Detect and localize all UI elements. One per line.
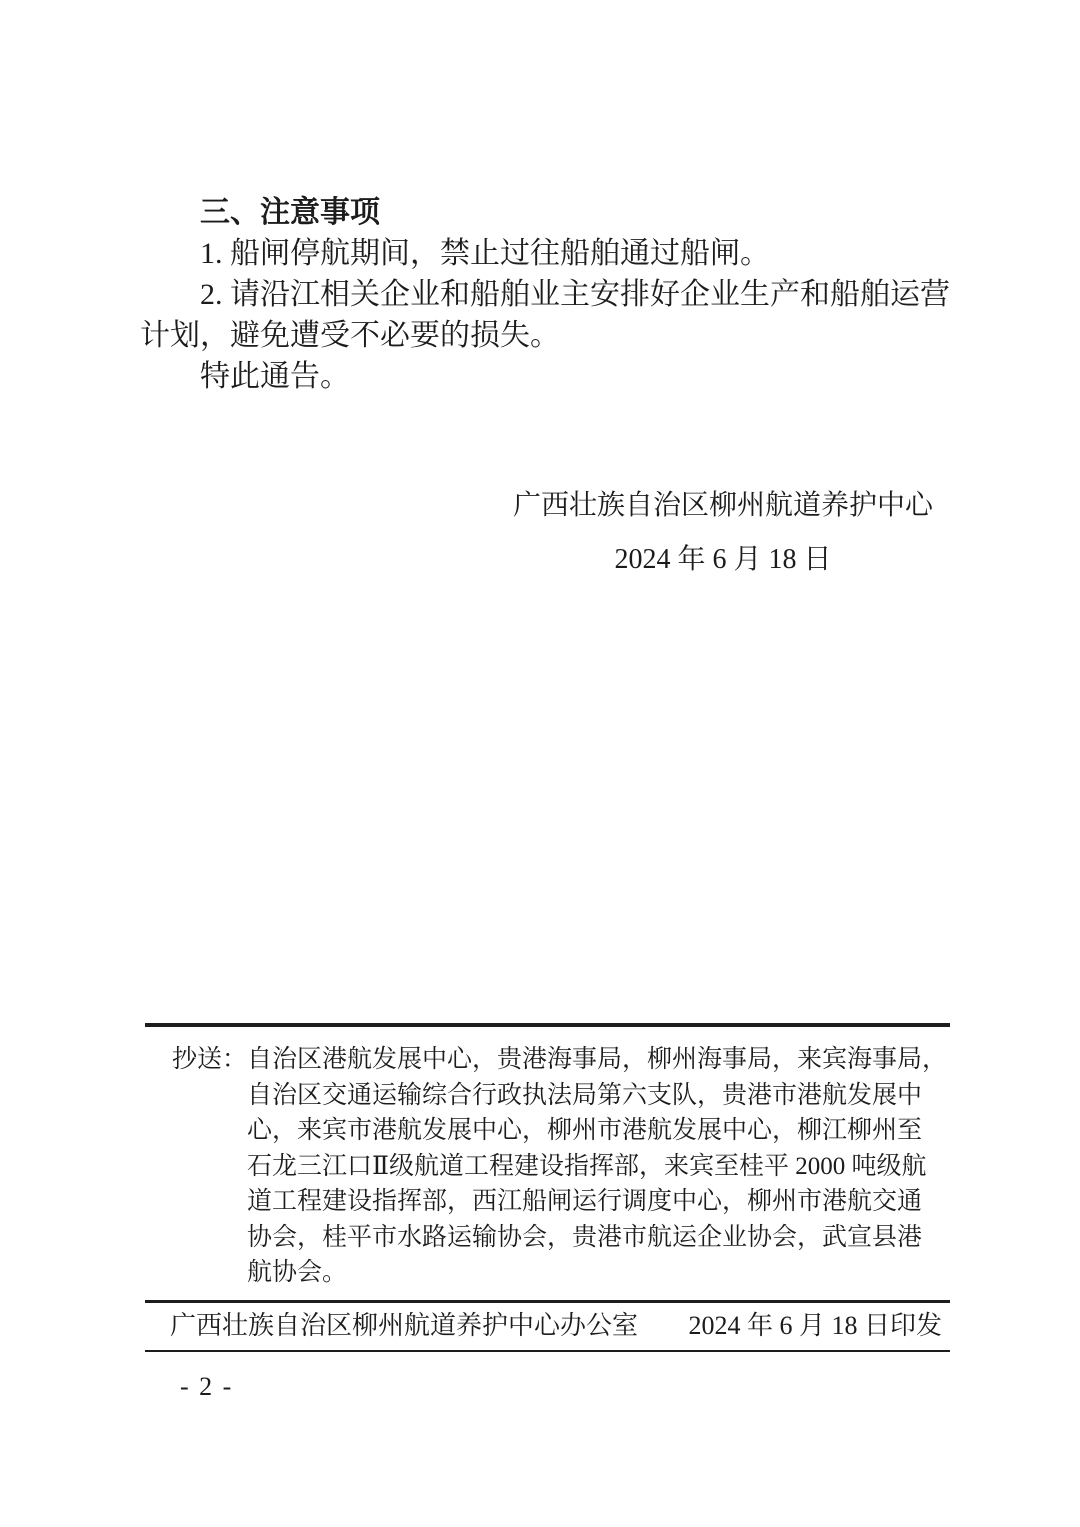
imprint-row: 广西壮族自治区柳州航道养护中心办公室 2024 年 6 月 18 日印发 — [145, 1309, 950, 1342]
body-line: 2. 请沿江相关企业和船舶业主安排好企业生产和船舶运营 — [140, 274, 956, 315]
cc-line: 道工程建设指挥部，西江船闸运行调度中心，柳州市港航交通 — [247, 1184, 957, 1220]
cc-line: 自治区港航发展中心，贵港海事局，柳州海事局，来宾海事局， — [247, 1042, 957, 1078]
document-page: 三、注意事项 1. 船闸停航期间，禁止过往船舶通过船闸。 2. 请沿江相关企业和… — [0, 0, 1080, 1527]
imprint-office: 广西壮族自治区柳州航道养护中心办公室 — [170, 1309, 638, 1342]
imprint-print-date: 2024 年 6 月 18 日印发 — [688, 1309, 942, 1342]
imprint-top-divider — [145, 1300, 950, 1303]
cc-line: 协会，桂平市水路运输协会，贵港市航运企业协会，武宣县港 — [247, 1220, 957, 1256]
cc-top-divider — [145, 1023, 950, 1027]
imprint-bottom-divider — [145, 1350, 950, 1352]
issue-date: 2024 年 6 月 18 日 — [513, 542, 933, 577]
cc-recipient-list: 自治区港航发展中心，贵港海事局，柳州海事局，来宾海事局， 自治区交通运输综合行政… — [247, 1042, 957, 1291]
cc-line: 石龙三江口Ⅱ级航道工程建设指挥部，来宾至桂平 2000 吨级航 — [247, 1149, 957, 1185]
body-line: 1. 船闸停航期间，禁止过往船舶通过船闸。 — [140, 233, 956, 274]
page-number: - 2 - — [180, 1372, 233, 1402]
body-line: 计划，避免遭受不必要的损失。 — [140, 315, 956, 356]
section-heading: 三、注意事项 — [140, 192, 956, 233]
cc-line: 自治区交通运输综合行政执法局第六支队，贵港市港航发展中 — [247, 1078, 957, 1114]
issuing-org-name: 广西壮族自治区柳州航道养护中心 — [513, 488, 933, 523]
notice-body: 三、注意事项 1. 船闸停航期间，禁止过往船舶通过船闸。 2. 请沿江相关企业和… — [140, 192, 956, 397]
cc-block: 抄送： 自治区港航发展中心，贵港海事局，柳州海事局，来宾海事局， 自治区交通运输… — [172, 1042, 957, 1291]
cc-line: 心，来宾市港航发展中心，柳州市港航发展中心，柳江柳州至 — [247, 1113, 957, 1149]
body-line: 特此通告。 — [140, 356, 956, 397]
signature-block: 广西壮族自治区柳州航道养护中心 2024 年 6 月 18 日 — [513, 488, 933, 577]
cc-line: 航协会。 — [247, 1255, 957, 1291]
cc-label: 抄送： — [172, 1042, 247, 1078]
